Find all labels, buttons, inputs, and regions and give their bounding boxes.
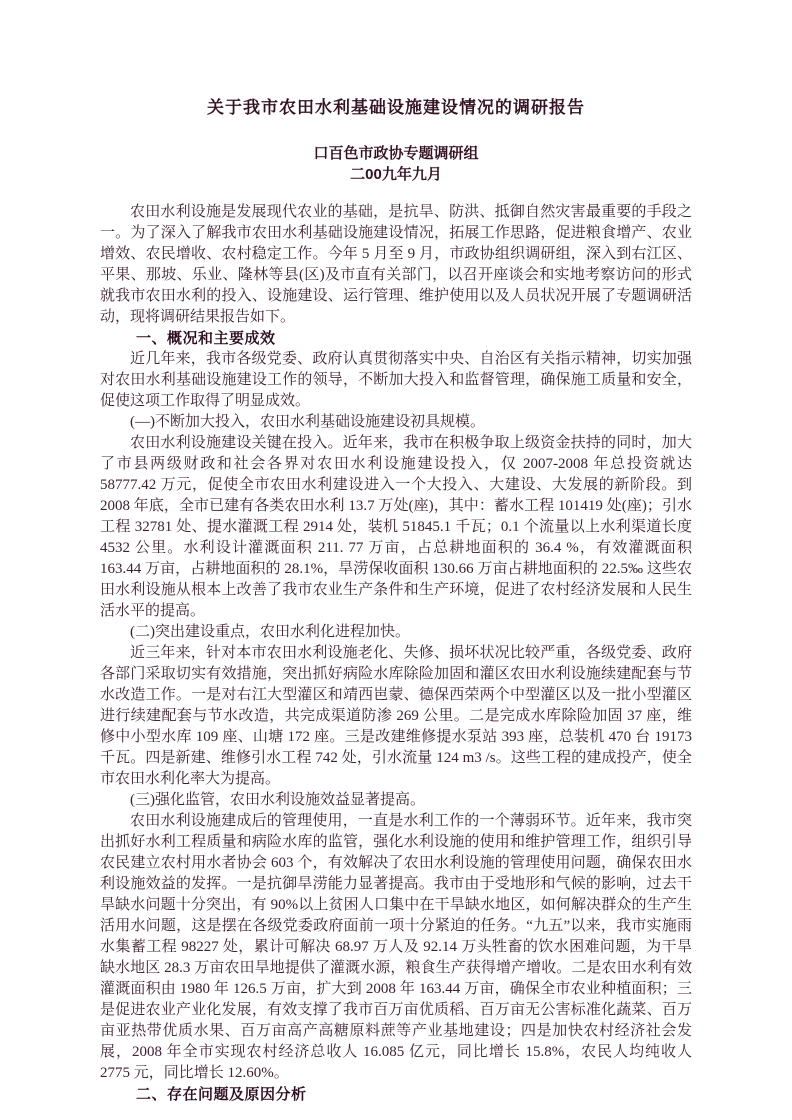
paragraph-intro: 农田水利设施是发展现代农业的基础，是抗旱、防洪、抵御自然灾害最重要的手段之一。为… (100, 202, 692, 328)
paragraph-overview: 近几年来，我市各级党委、政府认真贯彻落实中央、自治区有关指示精神，切实加强对农田… (100, 349, 692, 412)
subsection-heading-1-1: (—)不断加大投入，农田水利基础设施建设初具规模。 (100, 412, 692, 433)
document-dateline: 二00九年九月 (100, 164, 692, 185)
page-title: 关于我市农田水利基础设施建设情况的调研报告 (100, 96, 692, 120)
document-byline: 口百色市政协专题调研组 (100, 143, 692, 164)
subsection-heading-1-3: (三)强化监管，农田水利设施效益显著提高。 (100, 790, 692, 811)
section-heading-2: 二、存在问题及原因分析 (100, 1084, 692, 1105)
paragraph-supervision: 农田水利设施建成后的管理使用，一直是水利工作的一个薄弱环节。近年来，我市突出抓好… (100, 811, 692, 1084)
paragraph-construction: 近三年来，针对本市农田水利设施老化、失修、损坏状况比较严重，各级党委、政府各部门… (100, 643, 692, 790)
subsection-heading-1-2: (二)突出建设重点，农田水利化进程加快。 (100, 622, 692, 643)
section-heading-1: 一、概况和主要成效 (100, 328, 692, 349)
document-page: 关于我市农田水利基础设施建设情况的调研报告 口百色市政协专题调研组 二00九年九… (0, 0, 792, 1120)
document-body: 农田水利设施是发展现代农业的基础，是抗旱、防洪、抵御自然灾害最重要的手段之一。为… (100, 202, 692, 1105)
paragraph-investment: 农田水利设施建设关键在投入。近年来，我市在积极争取上级资金扶持的同时，加大了市县… (100, 433, 692, 622)
